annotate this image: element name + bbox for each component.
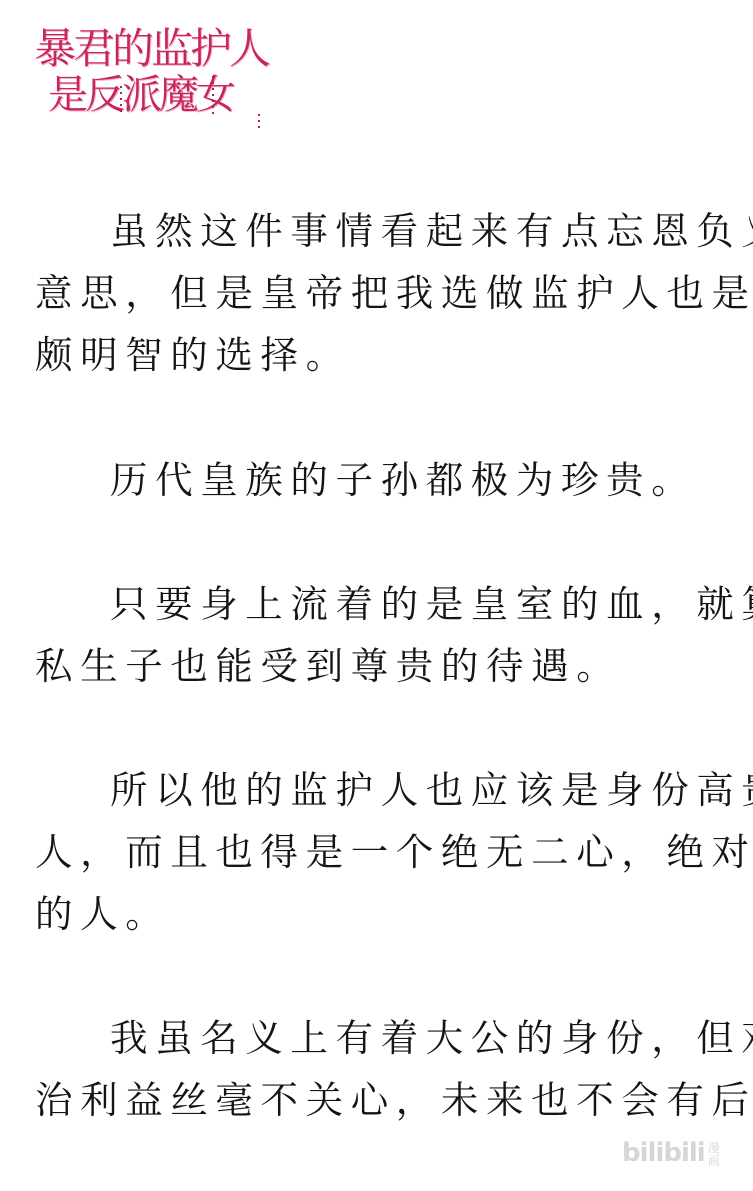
bilibili-comics-watermark: bilibili 漫画 xyxy=(622,1128,720,1168)
paragraph-1-line-2: 意思，但是皇帝把我选做监护人也是一个 xyxy=(35,270,725,316)
watermark-sub-text: 漫画 xyxy=(708,1142,720,1168)
paragraph-1-line-3: 颇明智的选择。 xyxy=(35,332,725,378)
logo-title-line-2: 是反派魔女 xyxy=(48,72,233,118)
comic-title-logo: 暴君的监护人 是反派魔女 xyxy=(34,26,264,130)
logo-decoration-icon xyxy=(120,86,122,116)
watermark-logo-text: bilibili xyxy=(622,1138,705,1168)
paragraph-4-line-3: 的人。 xyxy=(35,891,725,937)
logo-decoration-icon xyxy=(258,114,260,132)
logo-decoration-icon xyxy=(212,76,214,116)
paragraph-2-line-1: 历代皇族的子孙都极为珍贵。 xyxy=(110,457,753,503)
paragraph-5-line-2: 治利益丝毫不关心，未来也不会有后患， xyxy=(35,1077,725,1123)
logo-title-line-1: 暴君的监护人 xyxy=(34,26,268,72)
paragraph-1-line-1: 虽然这件事情看起来有点忘恩负义的 xyxy=(110,208,753,254)
paragraph-3-line-1: 只要身上流着的是皇室的血，就算是 xyxy=(110,581,753,627)
paragraph-4-line-1: 所以他的监护人也应该是身份高贵的 xyxy=(110,767,753,813)
paragraph-5-line-1: 我虽名义上有着大公的身份，但对政 xyxy=(110,1015,753,1061)
paragraph-3-line-2: 私生子也能受到尊贵的待遇。 xyxy=(35,643,725,689)
paragraph-4-line-2: 人，而且也得是一个绝无二心，绝对忠诚 xyxy=(35,829,725,875)
